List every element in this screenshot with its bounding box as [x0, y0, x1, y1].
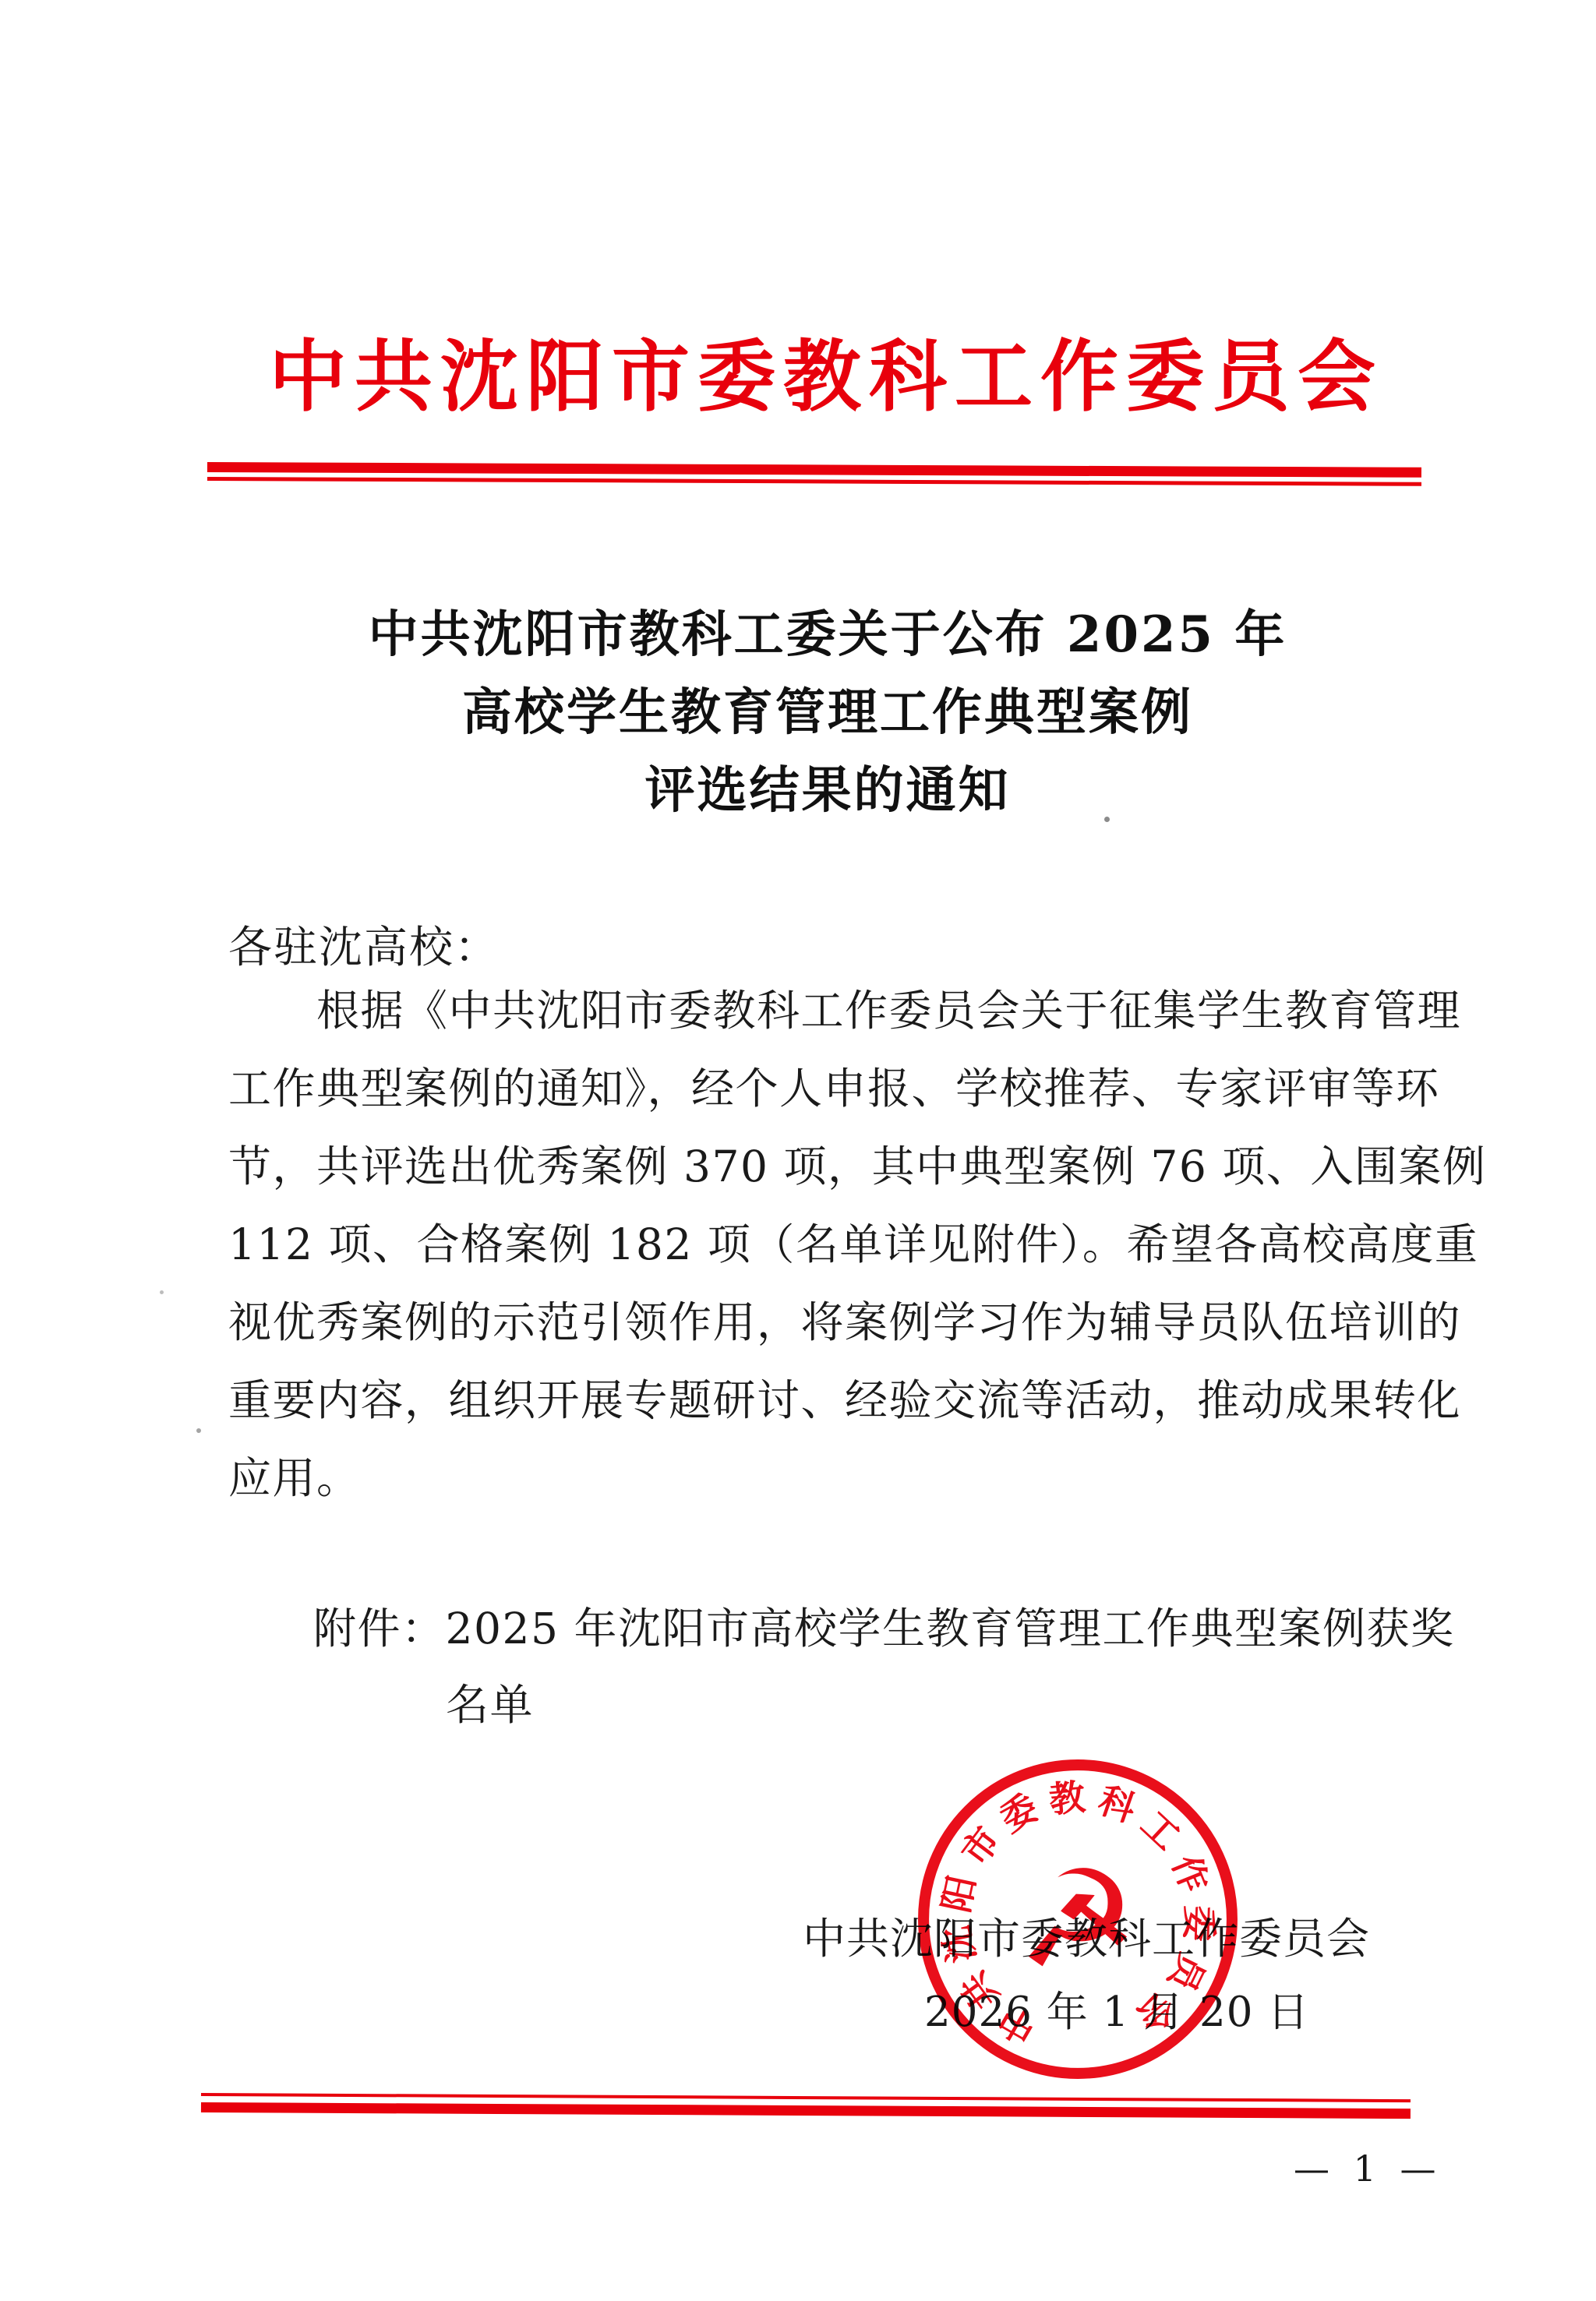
scanned-official-document-page: 中共沈阳市委教科工作委员会 中共沈阳市教科工委关于公布 2025 年 高校学生教…	[0, 0, 1596, 2301]
document-title-line-1: 中共沈阳市教科工委关于公布 2025 年	[369, 596, 1287, 674]
document-title: 中共沈阳市教科工委关于公布 2025 年 高校学生教育管理工作典型案例 评选结果…	[369, 596, 1287, 830]
seal-char: 作	[1164, 1849, 1216, 1898]
body-line: 应用。	[228, 1453, 361, 1503]
letterhead-rule-thin	[207, 477, 1421, 486]
letterhead-org-name: 中共沈阳市委教科工作委员会	[269, 334, 1383, 419]
salutation: 各驻沈高校：	[228, 913, 500, 976]
document-title-line-2: 高校学生教育管理工作典型案例	[369, 674, 1287, 752]
footer-rule-thick	[201, 2102, 1411, 2119]
seal-char: 工	[1133, 1803, 1188, 1858]
seal-char: 员	[1159, 1947, 1213, 2001]
seal-char: 共	[952, 1964, 1008, 2017]
seal-char: 阳	[934, 1872, 983, 1915]
attachment-line-1: 附件：2025 年沈阳市高校学生教育管理工作典型案例获奖	[313, 1604, 1454, 1653]
seal-char: 中	[991, 1997, 1043, 2052]
attachment-line-2: 名单	[446, 1680, 534, 1730]
scan-speckle	[160, 1290, 164, 1294]
body-line: 工作典型案例的通知》，经个人申报、学校推荐、专家评审等环	[228, 1064, 1440, 1113]
footer-rule-thin	[201, 2093, 1411, 2102]
scan-speckle	[196, 1428, 201, 1433]
seal-char: 教	[1047, 1776, 1088, 1821]
document-title-line-3: 评选结果的通知	[369, 752, 1287, 830]
page-number: — 1 —	[1294, 2147, 1442, 2190]
body-line: 112 项、合格案例 182 项（名单详见附件）。希望各高校高度重	[228, 1219, 1478, 1269]
body-line: 根据《中共沈阳市委教科工作委员会关于征集学生教育管理	[228, 986, 1461, 1036]
letterhead-rule-thick	[207, 462, 1421, 478]
seal-char: 委	[993, 1786, 1045, 1840]
scan-speckle	[1104, 817, 1110, 822]
hammer-sickle-icon: ☭	[1018, 1841, 1139, 1998]
body-line: 视优秀案例的示范引领作用，将案例学习作为辅导员队伍培训的	[228, 1297, 1461, 1347]
seal-char: 科	[1093, 1779, 1142, 1830]
official-seal: 中 共 沈 阳 市 委 教 科 工 作 委 员 会 ☭	[913, 1754, 1242, 2084]
body-line: 节，共评选出优秀案例 370 项，其中典型案例 76 项、入围案例	[228, 1142, 1486, 1191]
seal-char: 沈	[934, 1922, 983, 1966]
body-line: 重要内容，组织开展专题研讨、经验交流等活动，推动成果转化	[228, 1375, 1461, 1425]
seal-char: 委	[1178, 1904, 1221, 1942]
seal-char: 市	[953, 1819, 1008, 1873]
